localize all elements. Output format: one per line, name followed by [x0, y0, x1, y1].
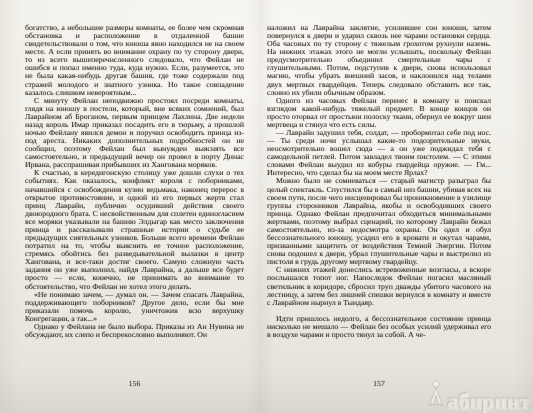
book-paragraph: С минуту Фейлан неподвижно простоял поср… [25, 97, 244, 170]
book-page-right: наложил на Лаврайна заклятие, усилившее … [267, 24, 491, 388]
book-paragraph: Можно было не сомневаться — старый магис… [267, 177, 491, 266]
book-page-left: богатство, а небольшие размеры комнаты, … [25, 24, 244, 388]
page-number-left: 156 [25, 379, 244, 388]
book-paragraph: Идти пришлось недолго, а бессознательное… [267, 315, 491, 339]
book-paragraph: богатство, а небольшие размеры комнаты, … [25, 24, 244, 97]
left-page-text: богатство, а небольшие размеры комнаты, … [25, 24, 244, 339]
book-paragraph: Однако у Фейлана не было выбора. Приказы… [25, 323, 244, 339]
book-paragraph: — Лаврайн задушил тебя, солдат, — пробор… [267, 129, 491, 177]
book-paragraph: «Не понимаю зачем, — думал он. — Зачем с… [25, 291, 244, 323]
page-number-right: 157 [267, 379, 491, 388]
open-book-photo: богатство, а небольшие размеры комнаты, … [0, 0, 533, 413]
book-paragraph: С нижних этажей донеслись встревоженные … [267, 266, 491, 306]
labirint-watermark-text: абиринт [447, 390, 530, 412]
book-paragraph: Одного из часовых Фейлан перенес в комна… [267, 97, 491, 129]
right-page-text: наложил на Лаврайна заклятие, усилившее … [267, 24, 491, 339]
book-paragraph: К счастью, в кередигонскую столицу уже д… [25, 169, 244, 290]
book-paragraph: наложил на Лаврайна заклятие, усилившее … [267, 24, 491, 97]
